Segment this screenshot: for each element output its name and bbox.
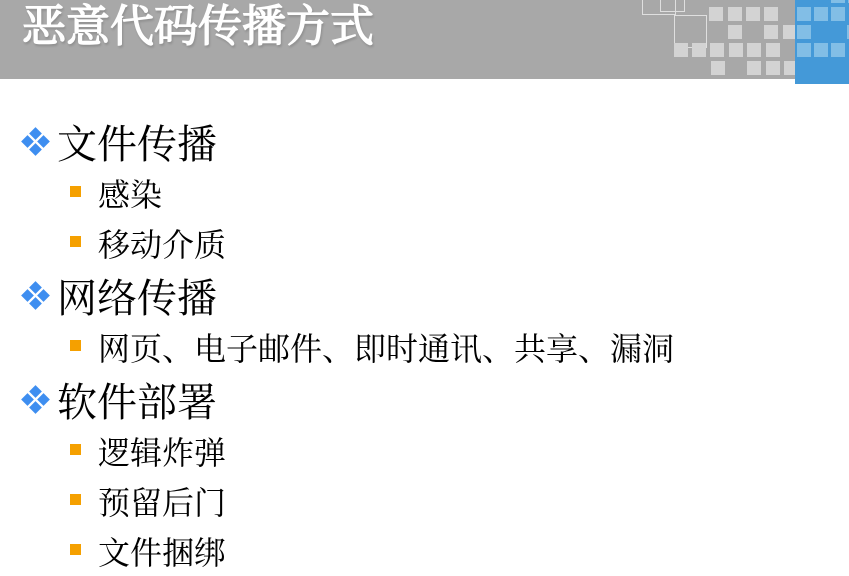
decor-square bbox=[711, 61, 725, 75]
square-bullet-icon bbox=[70, 186, 81, 197]
decor-square-blue bbox=[797, 43, 811, 57]
square-bullet-icon bbox=[70, 444, 81, 455]
decor-square-blue bbox=[814, 7, 828, 21]
square-bullet-icon bbox=[70, 544, 81, 555]
list-item-level2: 逻辑炸弹 bbox=[0, 426, 849, 476]
decor-square bbox=[766, 61, 780, 75]
decor-square bbox=[728, 7, 742, 21]
list-item-level2: 网页、电子邮件、即时通讯、共享、漏洞 bbox=[0, 322, 849, 372]
decor-square-blue bbox=[831, 43, 845, 57]
decor-outline-square bbox=[660, 0, 685, 12]
list-item-level2: 感染 bbox=[0, 168, 849, 218]
list-item-level2: 文件捆绑 bbox=[0, 526, 849, 576]
list-item-text: 移动介质 bbox=[98, 220, 226, 266]
decor-square bbox=[728, 25, 742, 39]
list-item-text: 文件捆绑 bbox=[98, 528, 226, 574]
square-bullet-icon bbox=[70, 494, 81, 505]
decor-square bbox=[766, 43, 780, 57]
list-item-level2: 预留后门 bbox=[0, 476, 849, 526]
decor-square-blue bbox=[797, 7, 811, 21]
decor-square bbox=[692, 43, 706, 57]
slide-title: 恶意代码传播方式 bbox=[22, 3, 374, 51]
list-item-level1: 文件传播 bbox=[0, 114, 849, 168]
slide-body: 文件传播 感染 移动介质 网络传播 网页、电子邮件、即时通讯、共享、漏洞 软件部… bbox=[0, 79, 849, 576]
decor-square bbox=[729, 43, 743, 57]
decor-square-blue bbox=[797, 25, 811, 39]
list-item-level2: 移动介质 bbox=[0, 218, 849, 268]
decor-square bbox=[709, 7, 723, 21]
square-bullet-icon bbox=[70, 340, 81, 351]
square-bullet-icon bbox=[70, 236, 81, 247]
list-item-level1: 软件部署 bbox=[0, 372, 849, 426]
four-diamonds-bullet-icon bbox=[22, 386, 48, 412]
list-item-text: 感染 bbox=[98, 170, 162, 216]
presentation-slide: 恶意代码传播方式 文件传播 感染 移 bbox=[0, 0, 849, 576]
decor-square bbox=[747, 61, 761, 75]
decor-square bbox=[710, 43, 724, 57]
four-diamonds-bullet-icon bbox=[22, 128, 48, 154]
decor-square-blue bbox=[831, 7, 845, 21]
decor-square bbox=[674, 43, 688, 57]
four-diamonds-bullet-icon bbox=[22, 282, 48, 308]
decor-square-blue bbox=[814, 43, 828, 57]
decor-square bbox=[764, 25, 778, 39]
list-item-text: 软件部署 bbox=[57, 371, 217, 428]
list-item-text: 网络传播 bbox=[57, 267, 217, 324]
list-item-level1: 网络传播 bbox=[0, 268, 849, 322]
list-item-text: 网页、电子邮件、即时通讯、共享、漏洞 bbox=[98, 324, 674, 370]
decor-square bbox=[747, 43, 761, 57]
list-item-text: 逻辑炸弹 bbox=[98, 428, 226, 474]
list-item-text: 文件传播 bbox=[57, 113, 217, 170]
decor-square-blue bbox=[831, 0, 845, 3]
list-item-text: 预留后门 bbox=[98, 478, 226, 524]
decor-square bbox=[764, 7, 778, 21]
decor-square bbox=[746, 7, 760, 21]
